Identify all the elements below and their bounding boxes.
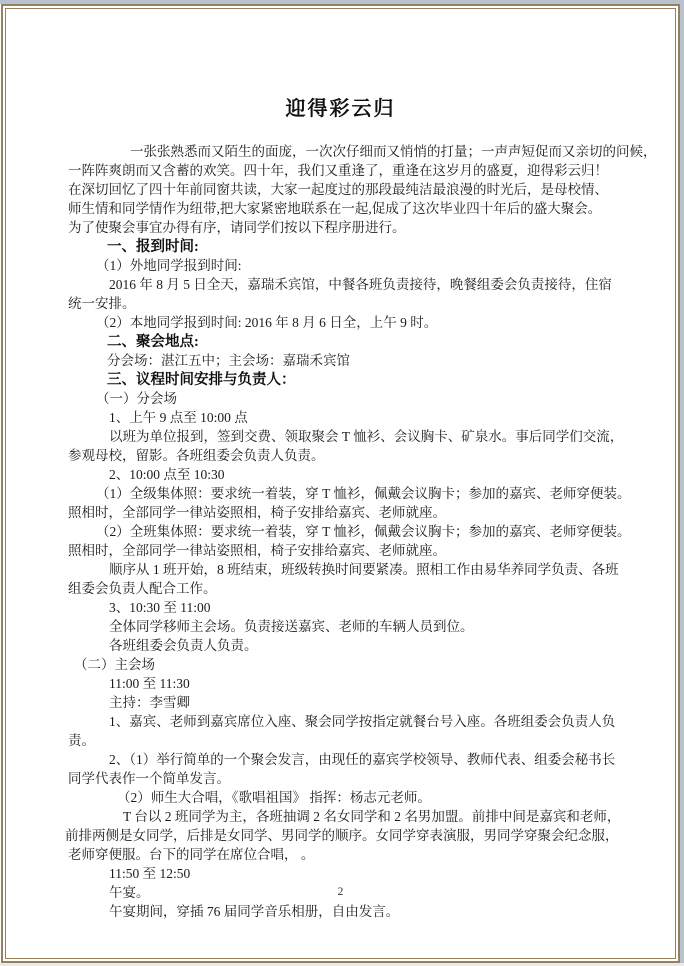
document-page: 迎得彩云归 一张张熟悉而又陌生的面庞，一次次仔细而又悄悄的打量；一声声短促而又亲… <box>1 4 680 963</box>
page-number: 2 <box>3 886 678 898</box>
document-line: 前排两侧是女同学，后排是女同学、男同学的顺序。女同学穿表演服，男同学穿聚会纪念服… <box>65 827 619 845</box>
document-line: （1）全级集体照：要求统一着装，穿 T 恤衫，佩戴会议胸卡；参加的嘉宾、老师穿便… <box>96 485 631 503</box>
document-line: 照相时，全部同学一律站姿照相，椅子安排给嘉宾、老师就座。 <box>68 504 446 522</box>
document-line: 组委会负责人配合工作。 <box>68 580 217 598</box>
document-line: （二）主会场 <box>74 656 155 674</box>
document-line: 一张张熟悉而又陌生的面庞，一次次仔细而又悄悄的打量；一声声短促而又亲切的问候， <box>130 143 657 161</box>
document-line: 老师穿便服。台下的同学在席位合唱， 。 <box>68 846 314 864</box>
document-line: 1、嘉宾、老师到嘉宾席位入座、聚会同学按指定就餐台号入座。各班组委会负责人负 <box>109 713 615 731</box>
document-line: 照相时，全部同学一律站姿照相，椅子安排给嘉宾、老师就座。 <box>68 542 446 560</box>
document-line: 1、上午 9 点至 10:00 点 <box>109 409 248 427</box>
document-line: 在深切回忆了四十年前同窗共读，大家一起度过的那段最纯洁最浪漫的时光后，是母校情、 <box>68 181 608 199</box>
document-title: 迎得彩云归 <box>3 92 678 121</box>
window-edge-right <box>680 0 684 966</box>
document-line: （2）本地同学报到时间: 2016 年 8 月 6 日全，上午 9 时。 <box>96 314 437 332</box>
document-line: 统一安排。 <box>68 295 136 313</box>
document-line: 为了使聚会事宜办得有序，请同学们按以下程序册进行。 <box>68 219 406 237</box>
document-line: T 台以 2 班同学为主，各班抽调 2 名女同学和 2 名男加盟。前排中间是嘉宾… <box>123 808 620 826</box>
document-line: 全体同学移师主会场。负责接送嘉宾、老师的车辆人员到位。 <box>109 618 474 636</box>
document-line: 2016 年 8 月 5 日全天，嘉瑞禾宾馆，中餐各班负责接待，晚餐组委会负责接… <box>109 276 612 294</box>
document-line: 各班组委会负责人负责。 <box>109 637 258 655</box>
document-line: （2）师生大合唱，《歌唱祖国》 指挥：杨志元老师。 <box>117 789 431 807</box>
document-line: 分会场：湛江五中；主会场：嘉瑞禾宾馆 <box>107 352 350 370</box>
document-line: 主持：李雪卿 <box>109 694 190 712</box>
document-line: 午宴期间，穿插 76 届同学音乐相册，自由发言。 <box>109 903 399 921</box>
document-line: 一阵阵爽朗而又含蓄的欢笑。四十年，我们又重逢了，重逢在这岁月的盛夏，迎得彩云归！ <box>68 162 608 180</box>
document-line: 三、议程时间安排与负责人： <box>107 371 296 389</box>
document-line: 一、报到时间: <box>107 238 199 256</box>
document-line: 11:00 至 11:30 <box>109 675 190 693</box>
screenshot-root: { "window": { "edge_color_top_right": "#… <box>0 0 684 966</box>
document-line: 2、（1）举行简单的一个聚会发言，由现任的嘉宾学校领导、教师代表、组委会秘书长 <box>109 751 615 769</box>
document-line: 2、10:00 点至 10:30 <box>109 466 225 484</box>
document-line: 11:50 至 12:50 <box>109 865 190 883</box>
document-line: 师生情和同学情作为纽带,把大家紧密地联系在一起,促成了这次毕业四十年后的盛大聚会… <box>68 200 601 218</box>
document-line: （2）全班集体照：要求统一着装，穿 T 恤衫，佩戴会议胸卡；参加的嘉宾、老师穿便… <box>96 523 631 541</box>
document-line: 参观母校，留影。各班组委会负责人负责。 <box>68 447 325 465</box>
document-line: 二、聚会地点: <box>107 333 199 351</box>
document-line: （一）分会场 <box>96 390 177 408</box>
document-line: （1）外地同学报到时间: <box>96 257 242 275</box>
document-line: 3、10:30 至 11:00 <box>109 599 211 617</box>
document-line: 同学代表作一个简单发言。 <box>68 770 230 788</box>
document-line: 顺序从 1 班开始，8 班结束，班级转换时间要紧凑。照相工作由易华养同学负责、各… <box>109 561 619 579</box>
document-line: 责。 <box>68 732 95 750</box>
document-line: 以班为单位报到，签到交费、领取聚会 T 恤衫、会议胸卡、矿泉水。事后同学们交流， <box>109 428 623 446</box>
